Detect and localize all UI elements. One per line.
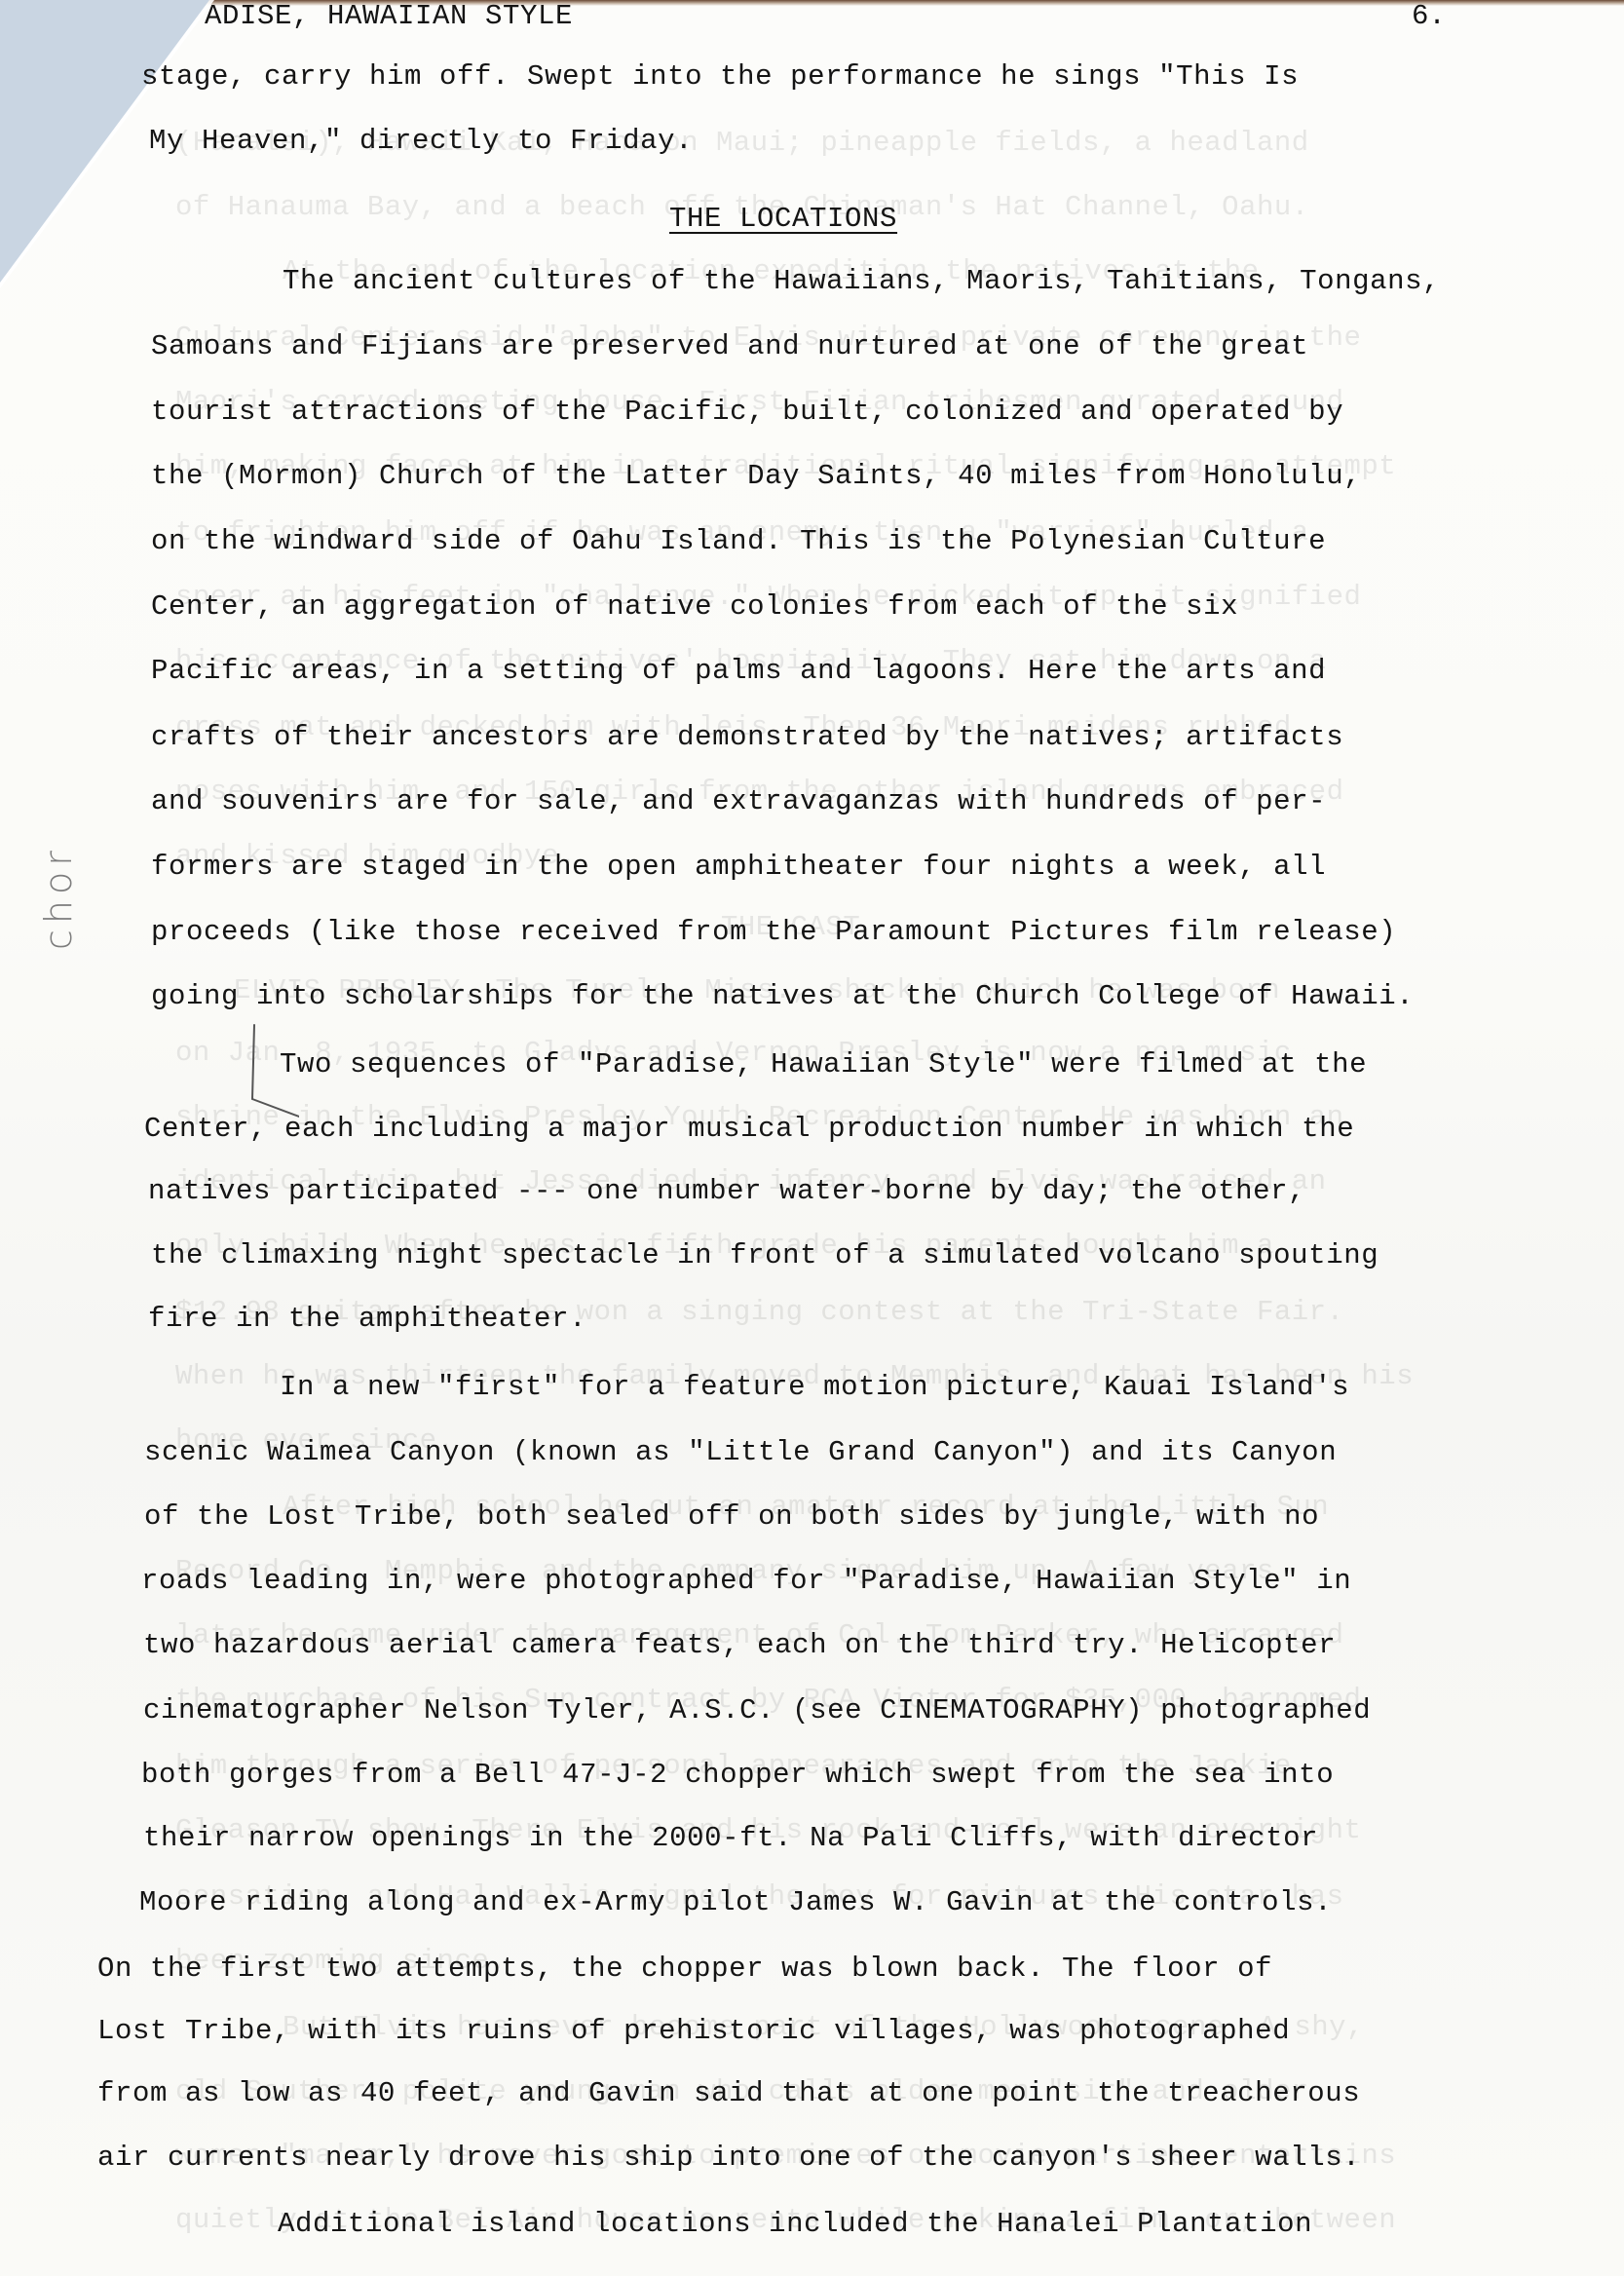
text-line: Additional island locations included the… bbox=[278, 2208, 1312, 2240]
handwritten-bracket-mark bbox=[250, 1023, 299, 1120]
text-line: crafts of their ancestors are demonstrat… bbox=[151, 721, 1343, 753]
text-line: Center, each including a major musical p… bbox=[144, 1113, 1354, 1145]
text-line: from as low as 40 feet, and Gavin said t… bbox=[97, 2077, 1360, 2109]
section-title: THE LOCATIONS bbox=[669, 203, 897, 235]
text-line: cinematographer Nelson Tyler, A.S.C. (se… bbox=[143, 1694, 1371, 1726]
text-line: their narrow openings in the 2000-ft. Na… bbox=[143, 1822, 1318, 1854]
text-line: and souvenirs are for sale, and extravag… bbox=[151, 785, 1326, 817]
text-line: Samoans and Fijians are preserved and nu… bbox=[151, 330, 1308, 362]
text-line: roads leading in, were photographed for … bbox=[141, 1565, 1351, 1597]
text-line: both gorges from a Bell 47-J-2 chopper w… bbox=[141, 1759, 1334, 1791]
running-title: ADISE, HAWAIIAN STYLE bbox=[205, 0, 573, 32]
text-line: My Heaven," directly to Friday. bbox=[149, 125, 693, 157]
text-line: air currents nearly drove his ship into … bbox=[97, 2142, 1360, 2174]
text-line: On the first two attempts, the chopper w… bbox=[97, 1953, 1272, 1985]
text-line: Pacific areas, in a setting of palms and… bbox=[151, 655, 1326, 687]
text-line: tourist attractions of the Pacific, buil… bbox=[151, 396, 1343, 428]
text-line: Center, an aggregation of native colonie… bbox=[151, 590, 1238, 623]
text-line: The ancient cultures of the Hawaiians, M… bbox=[283, 265, 1440, 297]
text-line: formers are staged in the open amphithea… bbox=[151, 851, 1326, 883]
text-line: Lost Tribe, with its ruins of prehistori… bbox=[97, 2015, 1290, 2047]
text-line: the climaxing night spectacle in front o… bbox=[151, 1239, 1379, 1271]
text-line: scenic Waimea Canyon (known as "Little G… bbox=[144, 1436, 1337, 1468]
text-line: the (Mormon) Church of the Latter Day Sa… bbox=[151, 460, 1361, 492]
page-number: 6. bbox=[1412, 0, 1446, 32]
handwritten-margin-note: chor bbox=[37, 845, 80, 950]
text-line: fire in the amphitheater. bbox=[148, 1303, 586, 1335]
text-line: stage, carry him off. Swept into the per… bbox=[141, 60, 1299, 93]
text-line: of the Lost Tribe, both sealed off on bo… bbox=[144, 1500, 1319, 1533]
text-line: on the windward side of Oahu Island. Thi… bbox=[151, 525, 1326, 557]
document-page: (Hanalei), Hawaii Kai, Hana on Maui; pin… bbox=[0, 0, 1624, 2276]
text-line: Two sequences of "Paradise, Hawaiian Sty… bbox=[280, 1048, 1367, 1081]
text-line: natives participated --- one number wate… bbox=[148, 1175, 1305, 1207]
text-line: going into scholarships for the natives … bbox=[151, 980, 1414, 1012]
text-line: In a new "first" for a feature motion pi… bbox=[280, 1371, 1349, 1403]
text-line: two hazardous aerial camera feats, each … bbox=[143, 1629, 1336, 1661]
text-line: Moore riding along and ex-Army pilot Jam… bbox=[139, 1886, 1332, 1918]
text-line: proceeds (like those received from the P… bbox=[151, 916, 1396, 948]
